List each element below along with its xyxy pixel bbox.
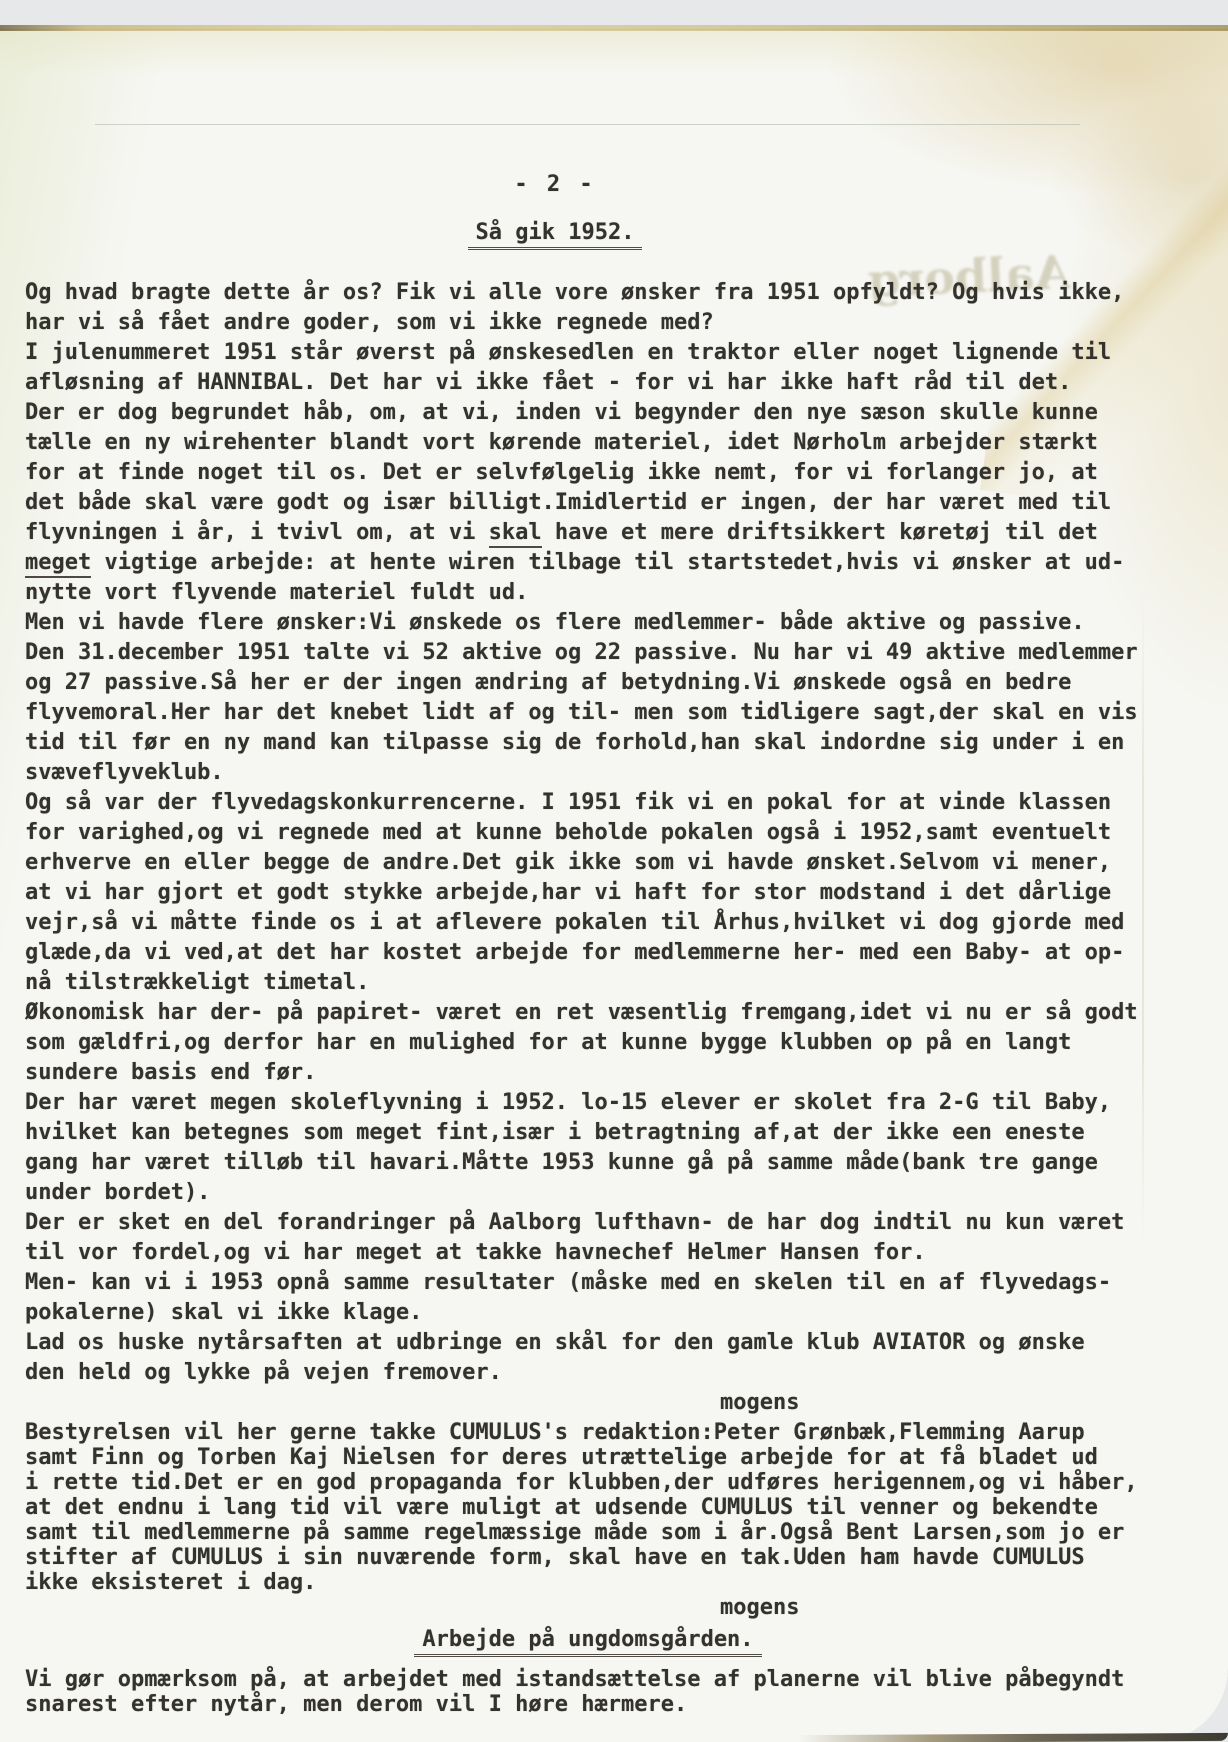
body-line: Der har været megen skoleflyvning i 1952… — [25, 1088, 1175, 1118]
text-segment: - 2 - — [514, 172, 595, 197]
text-segment: Lad os huske nytårsaften at udbringe en … — [25, 1330, 1085, 1355]
body-line: vejr,så vi måtte finde os i at aflevere … — [25, 908, 1175, 938]
underlined-text: Arbejde på ungdomsgården. — [414, 1627, 761, 1657]
text-segment: Men vi havde flere ønsker:Vi ønskede os … — [25, 610, 1085, 635]
text-segment: samt Finn og Torben Kaj Nielsen for dere… — [25, 1445, 1098, 1470]
body-line: Vi gør opmærksom på, at arbejdet med ist… — [25, 1665, 1175, 1690]
body-line: meget vigtige arbejde: at hente wiren ti… — [25, 548, 1175, 578]
body-line: nytte vort flyvende materiel fuldt ud. — [25, 578, 1175, 608]
text-segment: den held og lykke på vejen fremover. — [25, 1360, 502, 1385]
body-line: glæde,da vi ved,at det har kostet arbejd… — [25, 938, 1175, 968]
body-line: for varighed,og vi regnede med at kunne … — [25, 818, 1175, 848]
underlined-text: meget — [25, 550, 91, 578]
text-segment: stifter af CUMULUS i sin nuværende form,… — [25, 1545, 1085, 1570]
section-title: Så gik 1952. — [0, 218, 1130, 278]
page-number: - 2 - — [0, 170, 1130, 218]
body-line: den held og lykke på vejen fremover. — [25, 1358, 1175, 1388]
text-segment: som gældfri,og derfor har en mulighed fo… — [25, 1030, 1071, 1055]
paper-sheet: Aalborg - 2 -Så gik 1952.Og hvad bragte … — [0, 30, 1228, 1742]
text-segment: glæde,da vi ved,at det har kostet arbejd… — [25, 940, 1124, 965]
body-line: tælle en ny wirehenter blandt vort køren… — [25, 428, 1175, 458]
text-segment: snarest efter nytår, men derom vil I hør… — [25, 1692, 687, 1717]
body-line: Og hvad bragte dette år os? Fik vi alle … — [25, 278, 1175, 308]
text-segment: Og hvad bragte dette år os? Fik vi alle … — [25, 280, 1124, 305]
text-segment: tælle en ny wirehenter blandt vort køren… — [25, 430, 1098, 455]
text-segment: Vi gør opmærksom på, at arbejdet med ist… — [25, 1667, 1124, 1692]
body-line: til vor fordel,og vi har meget at takke … — [25, 1238, 1175, 1268]
body-line: I julenummeret 1951 står øverst på ønske… — [25, 338, 1175, 368]
text-segment: i rette tid.Det er en god propaganda for… — [25, 1470, 1138, 1495]
body-line: at vi har gjort et godt stykke arbejde,h… — [25, 878, 1175, 908]
text-segment: Men- kan vi i 1953 opnå samme resultater… — [25, 1270, 1111, 1295]
body-line: tid til før en ny mand kan tilpasse sig … — [25, 728, 1175, 758]
text-segment: for varighed,og vi regnede med at kunne … — [25, 820, 1111, 845]
underlined-text: skal — [489, 520, 542, 548]
text-segment: under bordet). — [25, 1180, 210, 1205]
body-line: flyvemoral.Her har det knebet lidt af og… — [25, 698, 1175, 728]
text-segment: nytte vort flyvende materiel fuldt ud. — [25, 580, 528, 605]
body-line: som gældfri,og derfor har en mulighed fo… — [25, 1028, 1175, 1058]
text-segment: samt til medlemmerne på samme regelmæssi… — [25, 1520, 1124, 1545]
text-segment: flyvemoral.Her har det knebet lidt af og… — [25, 700, 1138, 725]
text-segment: pokalerne) skal vi ikke klage. — [25, 1300, 422, 1325]
body-line: Den 31.december 1951 talte vi 52 aktive … — [25, 638, 1175, 668]
body-line: i rette tid.Det er en god propaganda for… — [25, 1468, 1175, 1493]
text-segment: sundere basis end før. — [25, 1060, 316, 1085]
body-line: har vi så fået andre goder, som vi ikke … — [25, 308, 1175, 338]
text-segment: vejr,så vi måtte finde os i at aflevere … — [25, 910, 1124, 935]
paper-top-edge — [0, 25, 1228, 31]
body-line: under bordet). — [25, 1178, 1175, 1208]
text-segment: have et mere driftsikkert køretøj til de… — [542, 520, 1098, 545]
body-line: nå tilstrækkeligt timetal. — [25, 968, 1175, 998]
body-line: at det endnu i lang tid vil være muligt … — [25, 1493, 1175, 1518]
text-segment: at vi har gjort et godt stykke arbejde,h… — [25, 880, 1111, 905]
section-title: Arbejde på ungdomsgården. — [13, 1625, 1163, 1665]
body-line: samt Finn og Torben Kaj Nielsen for dere… — [25, 1443, 1175, 1468]
text-segment: har vi så fået andre goder, som vi ikke … — [25, 310, 714, 335]
paper-bottom-edge — [798, 1733, 1228, 1742]
document-text: - 2 -Så gik 1952.Og hvad bragte dette år… — [25, 170, 1175, 1715]
body-line: Der er sket en del forandringer på Aalbo… — [25, 1208, 1175, 1238]
underlying-page-edge — [95, 124, 1080, 125]
underlined-text: Så gik 1952. — [468, 220, 643, 250]
body-line: og 27 passive.Så her er der ingen ændrin… — [25, 668, 1175, 698]
body-line: erhverve en eller begge de andre.Det gik… — [25, 848, 1175, 878]
body-line: Økonomisk har der- på papiret- været en … — [25, 998, 1175, 1028]
text-segment: erhverve en eller begge de andre.Det gik… — [25, 850, 1111, 875]
body-line: snarest efter nytår, men derom vil I hør… — [25, 1690, 1175, 1715]
signature: mogens — [25, 1593, 1175, 1625]
signature: mogens — [25, 1388, 1175, 1418]
body-line: gang har været tilløb til havari.Måtte 1… — [25, 1148, 1175, 1178]
text-segment: mogens — [720, 1595, 799, 1620]
text-segment: flyvningen i år, i tvivl om, at vi — [25, 520, 489, 545]
text-segment: I julenummeret 1951 står øverst på ønske… — [25, 340, 1111, 365]
body-line: stifter af CUMULUS i sin nuværende form,… — [25, 1543, 1175, 1568]
text-segment: ikke eksisteret i dag. — [25, 1570, 316, 1595]
body-line: det både skal være godt og især billigt.… — [25, 488, 1175, 518]
body-line: Der er dog begrundet håb, om, at vi, ind… — [25, 398, 1175, 428]
text-segment: og 27 passive.Så her er der ingen ændrin… — [25, 670, 1071, 695]
text-segment: tid til før en ny mand kan tilpasse sig … — [25, 730, 1124, 755]
text-segment: at det endnu i lang tid vil være muligt … — [25, 1495, 1098, 1520]
body-line: pokalerne) skal vi ikke klage. — [25, 1298, 1175, 1328]
body-line: Men vi havde flere ønsker:Vi ønskede os … — [25, 608, 1175, 638]
text-segment: Og så var der flyvedagskonkurrencerne. I… — [25, 790, 1111, 815]
text-segment: Den 31.december 1951 talte vi 52 aktive … — [25, 640, 1138, 665]
body-line: Men- kan vi i 1953 opnå samme resultater… — [25, 1268, 1175, 1298]
body-line: afløsning af HANNIBAL. Det har vi ikke f… — [25, 368, 1175, 398]
body-line: sundere basis end før. — [25, 1058, 1175, 1088]
body-line: Lad os huske nytårsaften at udbringe en … — [25, 1328, 1175, 1358]
text-segment: Der er sket en del forandringer på Aalbo… — [25, 1210, 1124, 1235]
body-line: samt til medlemmerne på samme regelmæssi… — [25, 1518, 1175, 1543]
text-segment: Bestyrelsen vil her gerne takke CUMULUS'… — [25, 1420, 1085, 1445]
text-segment: for at finde noget til os. Det er selvfø… — [25, 460, 1098, 485]
text-segment: Der har været megen skoleflyvning i 1952… — [25, 1090, 1111, 1115]
body-line: flyvningen i år, i tvivl om, at vi skal … — [25, 518, 1175, 548]
text-segment: nå tilstrækkeligt timetal. — [25, 970, 369, 995]
text-segment: til vor fordel,og vi har meget at takke … — [25, 1240, 926, 1265]
text-segment: det både skal være godt og især billigt.… — [25, 490, 1111, 515]
body-line: for at finde noget til os. Det er selvfø… — [25, 458, 1175, 488]
text-segment: mogens — [720, 1390, 799, 1415]
body-line: Bestyrelsen vil her gerne takke CUMULUS'… — [25, 1418, 1175, 1443]
body-line: svæveflyveklub. — [25, 758, 1175, 788]
text-segment: afløsning af HANNIBAL. Det har vi ikke f… — [25, 370, 1071, 395]
text-segment: Økonomisk har der- på papiret- været en … — [25, 1000, 1138, 1025]
body-line: ikke eksisteret i dag. — [25, 1568, 1175, 1593]
text-segment: Der er dog begrundet håb, om, at vi, ind… — [25, 400, 1098, 425]
text-segment: vigtige arbejde: at hente wiren tilbage … — [91, 550, 1124, 575]
text-segment: gang har været tilløb til havari.Måtte 1… — [25, 1150, 1098, 1175]
text-segment: hvilket kan betegnes som meget fint,især… — [25, 1120, 1085, 1145]
text-segment: svæveflyveklub. — [25, 760, 224, 785]
body-line: hvilket kan betegnes som meget fint,især… — [25, 1118, 1175, 1148]
body-line: Og så var der flyvedagskonkurrencerne. I… — [25, 788, 1175, 818]
